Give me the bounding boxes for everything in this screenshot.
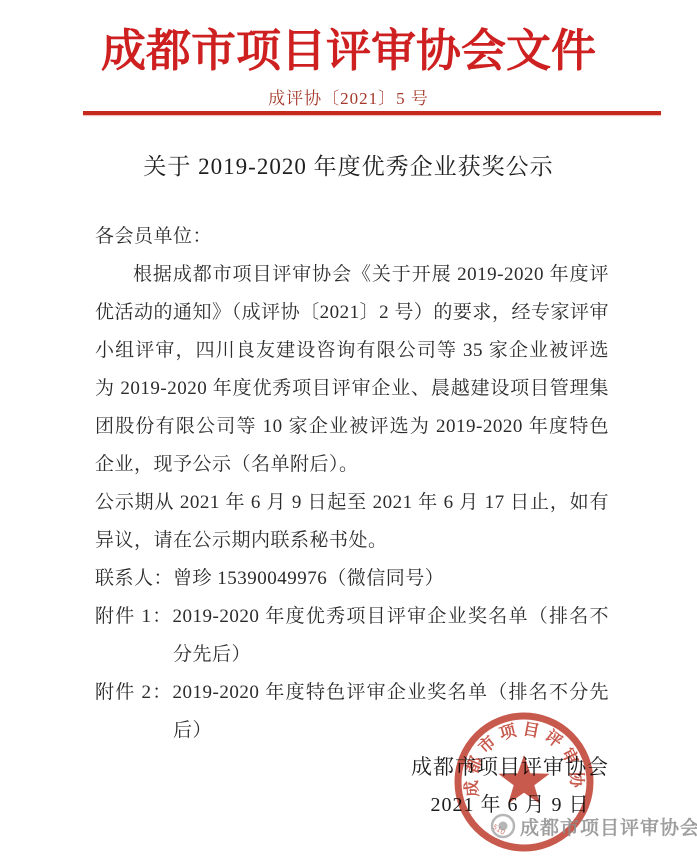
body-line: 优活动的通知》（成评协〔2021〕2 号）的要求，经专家评审 <box>95 294 609 332</box>
body-line: 团股份有限公司等 10 家企业被评选为 2019-2020 年度特色 <box>95 408 609 446</box>
red-header-rule <box>83 111 661 115</box>
body-line: 小组评审，四川良友建设咨询有限公司等 35 家企业被评选 <box>95 332 609 370</box>
body-line: 企业，现予公示（名单附后）。 <box>95 446 609 484</box>
document-page: 成都市项目评审协会文件 成评协〔2021〕5 号 关于 2019-2020 年度… <box>0 0 697 861</box>
body-line: 附件 1：2019-2020 年度优秀项目评审企业奖名单（排名不 <box>95 598 609 636</box>
body-line: 分先后） <box>95 636 609 674</box>
document-number: 成评协〔2021〕5 号 <box>0 84 697 109</box>
body-line: 异议，请在公示期内联系秘书处。 <box>95 522 609 560</box>
body-line: 各会员单位： <box>95 218 609 256</box>
watermark-logo-icon <box>489 812 517 840</box>
watermark-text: 成都市项目评审协会 <box>520 813 697 840</box>
body-line: 为 2019-2020 年度优秀项目评审企业、晨越建设项目管理集 <box>95 370 609 408</box>
body-line: 根据成都市项目评审协会《关于开展 2019-2020 年度评 <box>95 256 609 294</box>
body-line: 联系人：曾珍 15390049976（微信同号） <box>95 560 609 598</box>
watermark: 成都市项目评审协会 <box>489 812 697 840</box>
letterhead-org-title: 成都市项目评审协会文件 <box>0 14 697 79</box>
seal-star-icon <box>498 755 549 804</box>
page-title: 关于 2019-2020 年度优秀企业获奖公示 <box>0 148 697 181</box>
document-body: 各会员单位： 根据成都市项目评审协会《关于开展 2019-2020 年度评 优活… <box>95 218 609 750</box>
body-line: 公示期从 2021 年 6 月 9 日起至 2021 年 6 月 17 日止，如… <box>95 484 609 522</box>
